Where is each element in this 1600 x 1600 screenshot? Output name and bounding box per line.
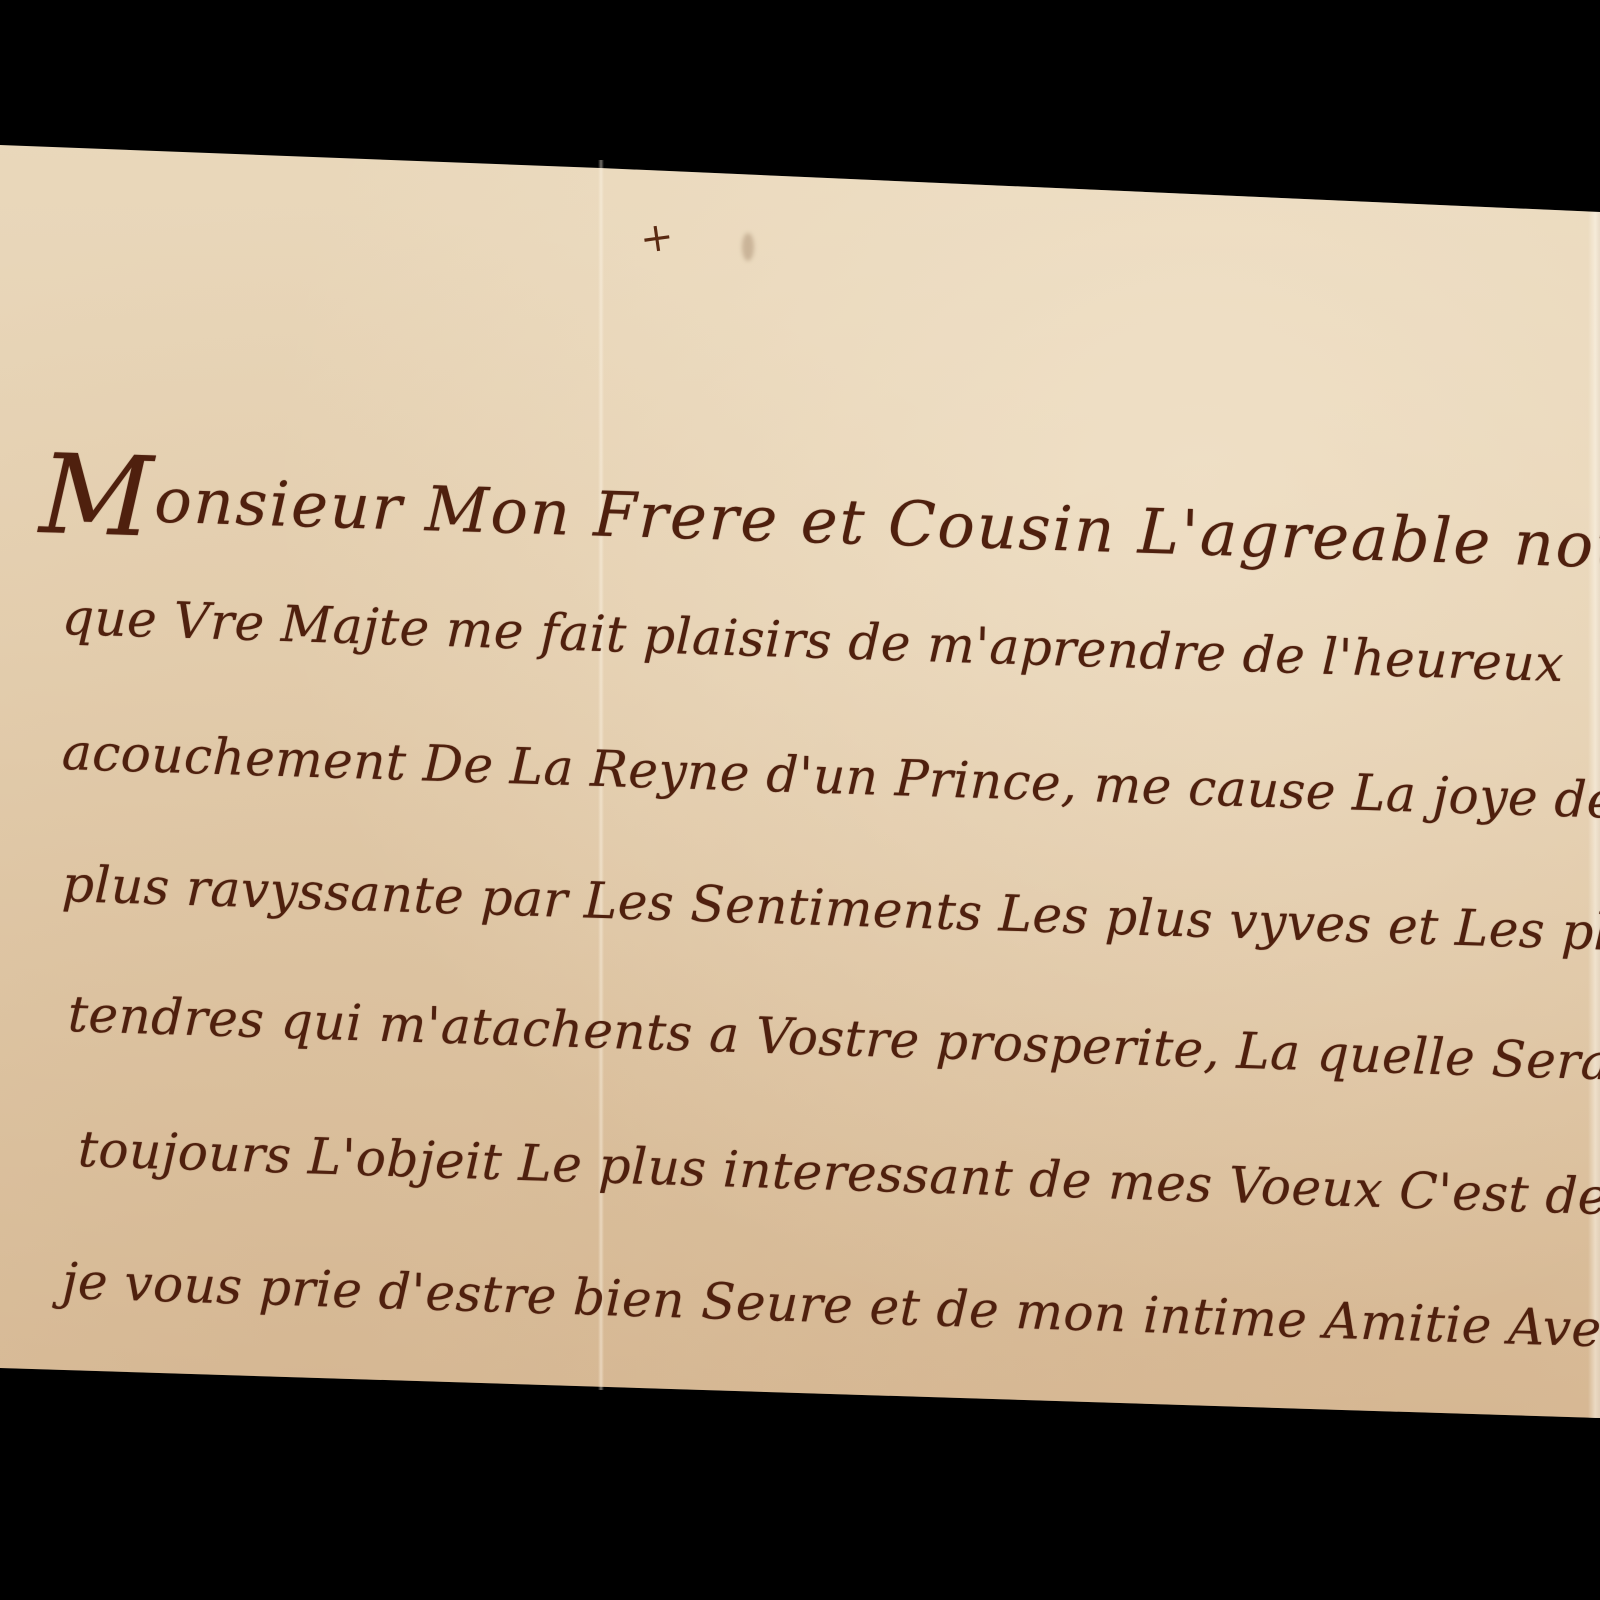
photo-stage: + Monsieur Mon Frere et Cousin L'agreabl… <box>0 0 1600 1600</box>
letter-line-text: onsieur Mon Frere et Cousin L'agreable n… <box>153 464 1600 589</box>
letter-line: tendres qui m'atachents a Vostre prosper… <box>67 985 1600 1093</box>
letter-line: plus ravyssante par Les Sentiments Les p… <box>61 855 1600 963</box>
letter-line-salutation: Monsieur Mon Frere et Cousin L'agreable … <box>38 430 1600 613</box>
salutation-initial: M <box>38 430 157 562</box>
letter-line: toujours L'objeit Le plus interessant de… <box>77 1120 1600 1230</box>
letter-line: que Vre Majte me fait plaisirs de m'apre… <box>61 588 1565 693</box>
letter-line: je vous prie d'estre bien Seure et de mo… <box>61 1252 1600 1359</box>
letter-body: Monsieur Mon Frere et Cousin L'agreable … <box>0 0 1600 1600</box>
letter-line: acouchement De La Reyne d'un Prince, me … <box>61 723 1600 831</box>
